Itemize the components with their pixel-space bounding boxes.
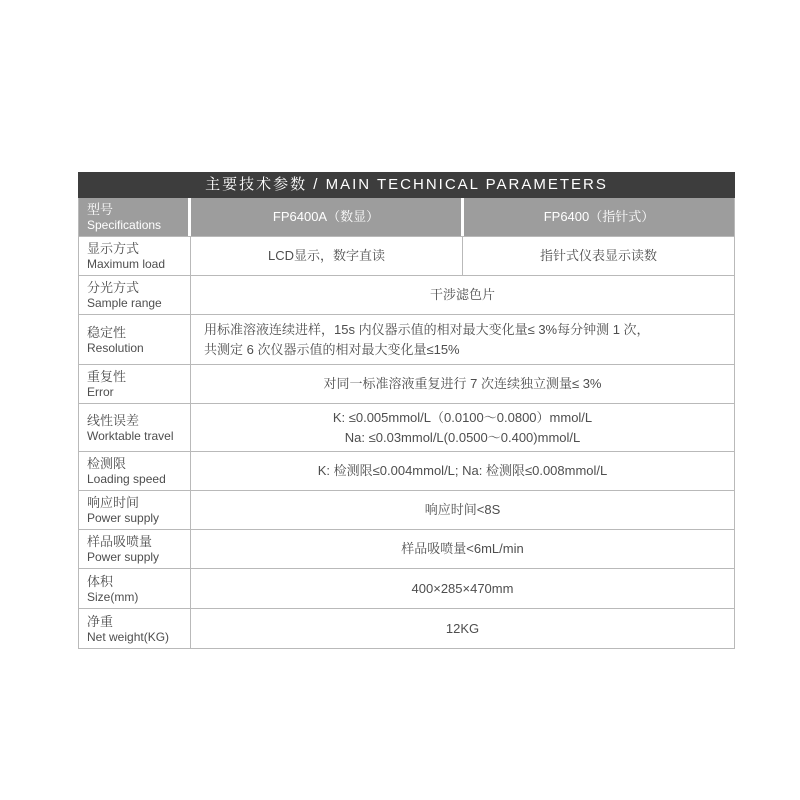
sample-uptake-cell: 样品吸喷量<6mL/min <box>191 530 734 568</box>
row-label-zh: 样品吸喷量 <box>87 533 186 550</box>
model-digital-cell: FP6400A（数显） <box>191 198 464 236</box>
table-row-net-weight: 净重 Net weight(KG) 12KG <box>79 608 734 648</box>
row-label-model: 型号 Specifications <box>79 198 191 236</box>
model-pointer-cell: FP6400（指针式） <box>464 198 734 236</box>
table-row-size: 体积 Size(mm) 400×285×470mm <box>79 568 734 608</box>
row-label-en: Resolution <box>87 341 186 356</box>
linearity-error-line-k: K: ≤0.005mmol/L（0.0100～0.0800）mmol/L <box>333 408 592 428</box>
row-label-detection-limit: 检测限 Loading speed <box>79 452 191 490</box>
row-label-zh: 稳定性 <box>87 324 186 341</box>
table-row-model: 型号 Specifications FP6400A（数显） FP6400（指针式… <box>79 198 734 236</box>
row-label-en: Size(mm) <box>87 590 186 605</box>
size-cell: 400×285×470mm <box>191 569 734 608</box>
stability-line-1: 用标准溶液连续进样，15s 内仪器示值的相对最大变化量≤ 3%每分钟测 1 次， <box>204 320 650 340</box>
net-weight-cell: 12KG <box>191 609 734 648</box>
row-label-response-time: 响应时间 Power supply <box>79 491 191 529</box>
row-label-en: Maximum load <box>87 257 186 272</box>
spectral-mode-cell: 干涉滤色片 <box>191 276 734 314</box>
row-label-spectral-mode: 分光方式 Sample range <box>79 276 191 314</box>
table-row-sample-uptake: 样品吸喷量 Power supply 样品吸喷量<6mL/min <box>79 529 734 568</box>
repeatability-cell: 对同一标准溶液重复进行 7 次连续独立测量≤ 3% <box>191 365 734 403</box>
stability-cell: 用标准溶液连续进样，15s 内仪器示值的相对最大变化量≤ 3%每分钟测 1 次，… <box>191 315 734 364</box>
row-label-stability: 稳定性 Resolution <box>79 315 191 364</box>
table-row-detection-limit: 检测限 Loading speed K: 检测限≤0.004mmol/L; Na… <box>79 451 734 490</box>
row-label-zh: 检测限 <box>87 455 186 472</box>
linearity-error-line-na: Na: ≤0.03mmol/L(0.0500～0.400)mmol/L <box>345 428 580 448</box>
row-label-zh: 分光方式 <box>87 279 186 296</box>
row-label-display-mode: 显示方式 Maximum load <box>79 237 191 275</box>
row-label-zh: 响应时间 <box>87 494 186 511</box>
table-row-spectral-mode: 分光方式 Sample range 干涉滤色片 <box>79 275 734 314</box>
row-label-zh: 线性误差 <box>87 412 186 429</box>
response-time-cell: 响应时间<8S <box>191 491 734 529</box>
table-row-response-time: 响应时间 Power supply 响应时间<8S <box>79 490 734 529</box>
row-label-zh: 型号 <box>87 201 184 218</box>
row-label-zh: 体积 <box>87 573 186 590</box>
row-label-en: Error <box>87 385 186 400</box>
table-title: 主要技术参数 / MAIN TECHNICAL PARAMETERS <box>78 172 735 198</box>
row-label-en: Sample range <box>87 296 186 311</box>
display-mode-pointer-cell: 指针式仪表显示读数 <box>463 237 734 275</box>
stability-line-2: 共测定 6 次仪器示值的相对最大变化量≤15% <box>204 340 460 360</box>
row-label-en: Specifications <box>87 218 184 233</box>
table-row-repeatability: 重复性 Error 对同一标准溶液重复进行 7 次连续独立测量≤ 3% <box>79 364 734 403</box>
row-label-zh: 重复性 <box>87 368 186 385</box>
table-row-linearity-error: 线性误差 Worktable travel K: ≤0.005mmol/L（0.… <box>79 403 734 451</box>
row-label-en: Loading speed <box>87 472 186 487</box>
row-label-size: 体积 Size(mm) <box>79 569 191 608</box>
row-label-zh: 净重 <box>87 613 186 630</box>
table-row-stability: 稳定性 Resolution 用标准溶液连续进样，15s 内仪器示值的相对最大变… <box>79 314 734 364</box>
row-label-sample-uptake: 样品吸喷量 Power supply <box>79 530 191 568</box>
display-mode-digital-cell: LCD显示，数字直读 <box>191 237 463 275</box>
table-row-display-mode: 显示方式 Maximum load LCD显示，数字直读 指针式仪表显示读数 <box>79 236 734 275</box>
linearity-error-cell: K: ≤0.005mmol/L（0.0100～0.0800）mmol/L Na:… <box>191 404 734 451</box>
row-label-linearity-error: 线性误差 Worktable travel <box>79 404 191 451</box>
row-label-repeatability: 重复性 Error <box>79 365 191 403</box>
row-label-en: Worktable travel <box>87 429 186 444</box>
row-label-en: Power supply <box>87 550 186 565</box>
row-label-en: Net weight(KG) <box>87 630 186 645</box>
row-label-en: Power supply <box>87 511 186 526</box>
row-label-net-weight: 净重 Net weight(KG) <box>79 609 191 648</box>
spec-table: 主要技术参数 / MAIN TECHNICAL PARAMETERS 型号 Sp… <box>78 172 735 649</box>
page: 主要技术参数 / MAIN TECHNICAL PARAMETERS 型号 Sp… <box>0 0 800 800</box>
row-label-zh: 显示方式 <box>87 240 186 257</box>
detection-limit-cell: K: 检测限≤0.004mmol/L; Na: 检测限≤0.008mmol/L <box>191 452 734 490</box>
